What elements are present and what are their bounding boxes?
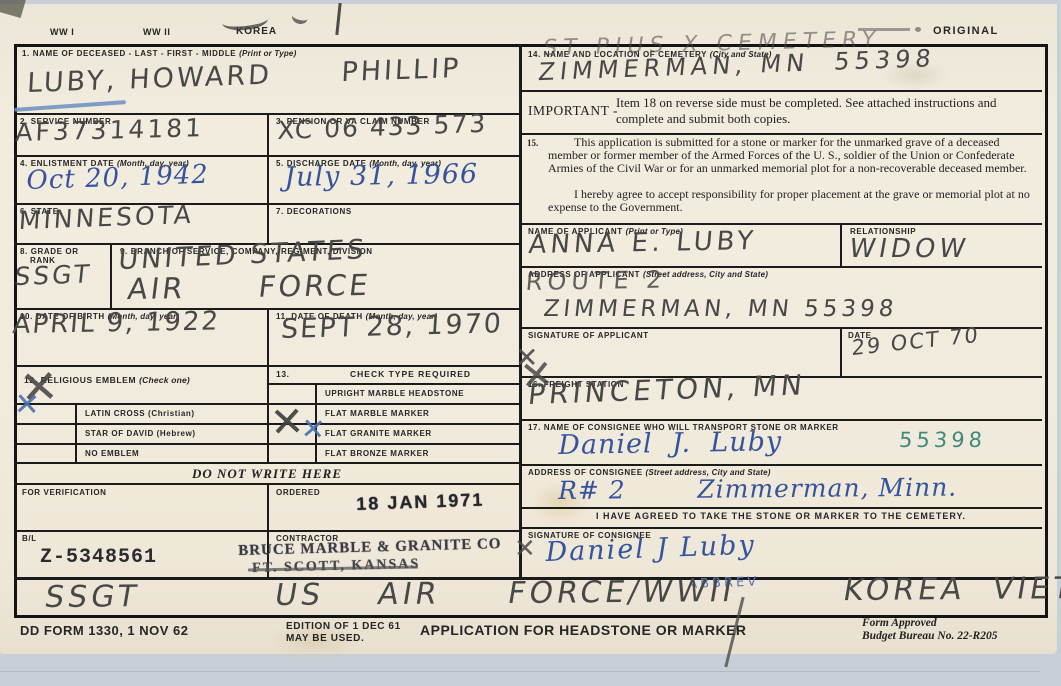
agreement-paragraph-2: I hereby agree to accept responsibility … <box>548 188 1040 214</box>
grid-line <box>267 308 269 462</box>
agreement-paragraph-1: This application is submitted for a ston… <box>548 136 1040 175</box>
grid-line <box>840 327 842 376</box>
entry-branch-line2: AIR FORCE <box>126 268 373 306</box>
grid-line <box>520 223 1042 225</box>
grid-line <box>267 113 269 243</box>
entry-consignee-zip: 55398 <box>898 428 986 452</box>
footer-approved-1: Form Approved <box>862 617 937 629</box>
entry-relationship: WIDOW <box>847 234 972 264</box>
field-num-15: 15. <box>527 138 538 148</box>
footer-edition-2: MAY BE USED. <box>286 633 364 644</box>
grid-line <box>840 223 842 266</box>
field-label-grade-rank: 8. GRADE OR <box>20 247 79 256</box>
grid-line <box>75 403 77 462</box>
important-text: Item 18 on reverse side must be complete… <box>616 95 1036 127</box>
grid-line <box>110 243 112 308</box>
entry-consignee-name: Daniel J. Luby <box>558 426 782 461</box>
entry-enlistment-date: Oct 20, 1942 <box>26 160 209 196</box>
entry-date-of-death: SEPT 28, 1970 <box>280 308 504 345</box>
option-latin-cross: LATIN CROSS (Christian) <box>85 409 195 418</box>
entry-service-number: AF37314181 <box>15 113 205 147</box>
scan-smudge <box>915 27 921 32</box>
entry-date-of-birth: APRIL 9, 1922 <box>11 306 221 340</box>
footer-edition-1: EDITION OF 1 DEC 61 <box>286 621 401 632</box>
column-divider <box>519 44 522 577</box>
label-qualifier: (Print or Type) <box>239 49 296 58</box>
entry-applicant-address-1: ROUTE 2 <box>525 266 668 297</box>
option-no-emblem: NO EMBLEM <box>85 449 139 458</box>
checkmark-emblem-blue: ✕ <box>13 389 41 421</box>
footer-title: APPLICATION FOR HEADSTONE OR MARKER <box>420 622 747 638</box>
grid-line <box>520 507 1042 509</box>
grid-line <box>14 462 520 464</box>
label-text: 1. NAME OF DECEASED - LAST - FIRST - MID… <box>22 49 236 58</box>
field-label-decorations: 7. DECORATIONS <box>276 207 352 216</box>
grid-line <box>520 464 1042 466</box>
field-label-name-of-deceased: 1. NAME OF DECEASED - LAST - FIRST - MID… <box>22 49 296 58</box>
entry-consignee-address: R# 2 Zimmerman, Minn. <box>558 473 957 505</box>
grid-line <box>520 527 1042 529</box>
signature-x-consignee: ✕ <box>514 536 536 562</box>
checkmark-type-blue: ✕ <box>300 414 326 445</box>
option-star-of-david: STAR OF DAVID (Hebrew) <box>85 429 196 438</box>
entry-discharge-date: July 31, 1966 <box>284 159 478 193</box>
entry-state: MINNESOTA <box>18 200 195 235</box>
original-copy-label: ORIGINAL <box>933 25 999 37</box>
ordered-date-stamp: 18 JAN 1971 <box>356 490 485 515</box>
scan-edge-line <box>0 671 1040 672</box>
label-qualifier: (Check one) <box>139 375 190 385</box>
field-label-bl: B/L <box>22 534 37 543</box>
option-flat-marble: FLAT MARBLE MARKER <box>325 409 429 418</box>
field-label-ordered: ORDERED <box>276 488 320 497</box>
grid-line <box>520 90 1042 92</box>
war-label-ww1: WW I <box>50 27 74 37</box>
grid-line <box>520 419 1042 421</box>
scanned-form-dd1330: WW I WW II KOREA ORIGINAL 1. NAME OF DEC <box>0 0 1061 686</box>
entry-applicant-name: ANNA E. LUBY <box>527 226 758 260</box>
footer-approved-2: Budget Bureau No. 22-R205 <box>862 630 997 642</box>
entry-grade-rank: SSGT <box>13 259 94 291</box>
grid-line <box>267 383 520 385</box>
field-label-applicant-signature: SIGNATURE OF APPLICANT <box>528 331 649 340</box>
do-not-write-banner: DO NOT WRITE HERE <box>14 466 520 482</box>
war-label-ww2: WW II <box>143 27 171 37</box>
field-label-check-type: CHECK TYPE REQUIRED <box>350 369 471 379</box>
entry-applicant-address-2: ZIMMERMAN, MN 55398 <box>542 296 898 322</box>
agree-banner: I HAVE AGREED TO TAKE THE STONE OR MARKE… <box>520 511 1042 521</box>
option-flat-bronze: FLAT BRONZE MARKER <box>325 449 429 458</box>
bl-number-stamp: Z-5348561 <box>40 546 157 569</box>
field-label-for-verification: FOR VERIFICATION <box>22 488 107 497</box>
option-flat-granite: FLAT GRANITE MARKER <box>325 429 432 438</box>
important-label: IMPORTANT - <box>528 103 618 119</box>
footer-form-id: DD FORM 1330, 1 NOV 62 <box>20 623 189 638</box>
field-label-check-type-num: 13. <box>276 369 290 379</box>
option-upright-marble: UPRIGHT MARBLE HEADSTONE <box>325 389 464 398</box>
